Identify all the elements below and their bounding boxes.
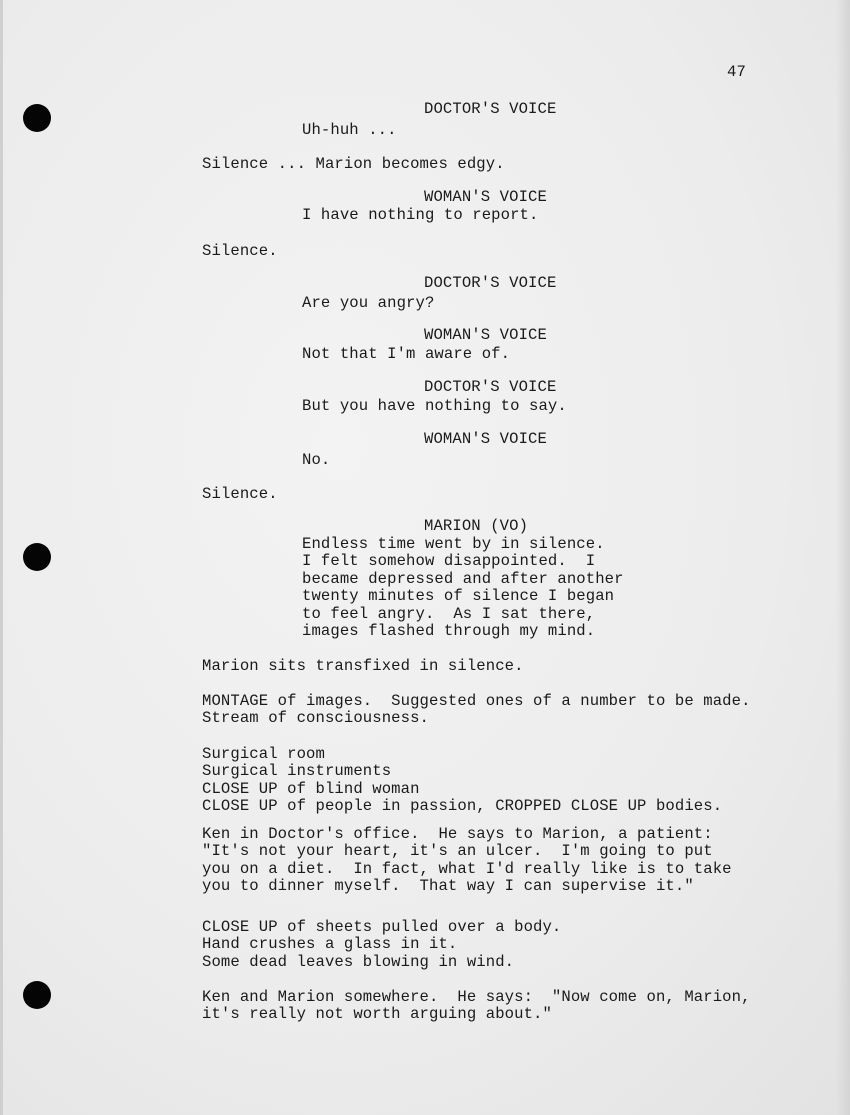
- character-cue: WOMAN'S VOICE: [424, 189, 547, 206]
- dialogue-line: Endless time went by in silence.: [302, 536, 605, 553]
- action-line: MONTAGE of images. Suggested ones of a n…: [202, 693, 751, 710]
- dialogue-line: But you have nothing to say.: [302, 398, 567, 415]
- punch-hole-icon: [23, 104, 51, 132]
- punch-hole-icon: [23, 981, 51, 1009]
- action-line: "It's not your heart, it's an ulcer. I'm…: [202, 843, 713, 860]
- action-line: Stream of consciousness.: [202, 710, 429, 727]
- character-cue: MARION (VO): [424, 518, 528, 535]
- page-edge-right: [836, 0, 850, 1115]
- action-line: you to dinner myself. That way I can sup…: [202, 878, 694, 895]
- character-cue: DOCTOR'S VOICE: [424, 379, 556, 396]
- action-line: CLOSE UP of blind woman: [202, 781, 420, 798]
- action-line: Silence.: [202, 243, 278, 260]
- dialogue-line: Are you angry?: [302, 295, 434, 312]
- action-line: CLOSE UP of sheets pulled over a body.: [202, 919, 561, 936]
- action-line: Silence.: [202, 486, 278, 503]
- action-line: Silence ... Marion becomes edgy.: [202, 156, 505, 173]
- action-line: Ken and Marion somewhere. He says: "Now …: [202, 989, 751, 1006]
- dialogue-line: I have nothing to report.: [302, 207, 538, 224]
- action-line: you on a diet. In fact, what I'd really …: [202, 861, 732, 878]
- action-line: Marion sits transfixed in silence.: [202, 658, 524, 675]
- character-cue: DOCTOR'S VOICE: [424, 101, 556, 118]
- dialogue-line: I felt somehow disappointed. I: [302, 553, 595, 570]
- script-page: 47 DOCTOR'S VOICEUh-huh ...Silence ... M…: [0, 0, 850, 1115]
- action-line: Some dead leaves blowing in wind.: [202, 954, 514, 971]
- dialogue-line: to feel angry. As I sat there,: [302, 606, 595, 623]
- punch-hole-icon: [23, 543, 51, 571]
- page-number: 47: [727, 64, 746, 81]
- action-line: CLOSE UP of people in passion, CROPPED C…: [202, 798, 722, 815]
- dialogue-line: No.: [302, 452, 330, 469]
- page-edge-left: [0, 0, 3, 1115]
- character-cue: DOCTOR'S VOICE: [424, 275, 556, 292]
- character-cue: WOMAN'S VOICE: [424, 431, 547, 448]
- dialogue-line: became depressed and after another: [302, 571, 624, 588]
- character-cue: WOMAN'S VOICE: [424, 327, 547, 344]
- dialogue-line: Not that I'm aware of.: [302, 346, 510, 363]
- action-line: it's really not worth arguing about.": [202, 1006, 552, 1023]
- action-line: Hand crushes a glass in it.: [202, 936, 457, 953]
- dialogue-line: twenty minutes of silence I began: [302, 588, 614, 605]
- dialogue-line: images flashed through my mind.: [302, 623, 595, 640]
- action-line: Ken in Doctor's office. He says to Mario…: [202, 826, 713, 843]
- action-line: Surgical instruments: [202, 763, 391, 780]
- action-line: Surgical room: [202, 746, 325, 763]
- dialogue-line: Uh-huh ...: [302, 122, 397, 139]
